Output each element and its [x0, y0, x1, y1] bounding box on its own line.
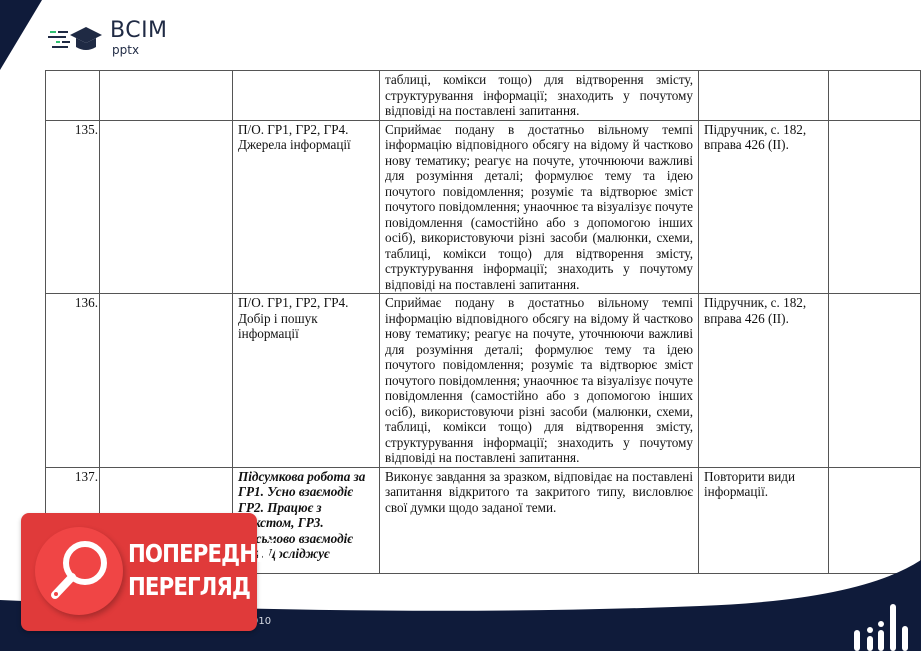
row-number — [46, 71, 100, 121]
row-date — [100, 120, 233, 294]
lesson-plan-table: таблиці, комікси тощо) для відтворення з… — [45, 70, 921, 574]
brand-sub: pptx — [112, 44, 168, 56]
row-homework: Повторити види інформації. — [699, 467, 829, 573]
row-homework: Підручник, с. 182, вправа 426 (ІІ). — [699, 120, 829, 294]
row-outcome: Сприймає подану в достатньо вільному тем… — [380, 294, 699, 468]
bars-logo-icon — [850, 598, 921, 651]
preview-line-1: ПОПЕРЕДНІЙ — [128, 537, 280, 570]
row-date — [100, 71, 233, 121]
brand-logo[interactable]: BCIM pptx — [48, 20, 168, 56]
graduation-cap-icon — [48, 23, 104, 53]
row-topic: П/О. ГР1, ГР2, ГР4. Добір і пошук інформ… — [233, 294, 380, 468]
magnifier-icon — [35, 527, 123, 615]
preview-line-2: ПЕРЕГЛЯД — [128, 570, 280, 603]
row-homework: Підручник, с. 182, вправа 426 (ІІ). — [699, 294, 829, 468]
row-notes — [829, 294, 921, 468]
row-date — [100, 294, 233, 468]
table-row: таблиці, комікси тощо) для відтворення з… — [46, 71, 921, 121]
table-row: 136. П/О. ГР1, ГР2, ГР4. Добір і пошук і… — [46, 294, 921, 468]
row-notes — [829, 71, 921, 121]
row-outcome: Сприймає подану в достатньо вільному тем… — [380, 120, 699, 294]
row-outcome: таблиці, комікси тощо) для відтворення з… — [380, 71, 699, 121]
row-topic: П/О. ГР1, ГР2, ГР4. Джерела інформації — [233, 120, 380, 294]
brand-name: BCIM — [110, 20, 168, 42]
row-notes — [829, 467, 921, 573]
row-homework — [699, 71, 829, 121]
row-notes — [829, 120, 921, 294]
table-row: 135. П/О. ГР1, ГР2, ГР4. Джерела інформа… — [46, 120, 921, 294]
row-number: 136. — [46, 294, 100, 468]
preview-badge[interactable]: ПОПЕРЕДНІЙ ПЕРЕГЛЯД — [21, 513, 257, 631]
corner-decoration — [0, 0, 42, 70]
row-topic — [233, 71, 380, 121]
row-outcome: Виконує завдання за зразком, відповідає … — [380, 467, 699, 573]
row-number: 135. — [46, 120, 100, 294]
